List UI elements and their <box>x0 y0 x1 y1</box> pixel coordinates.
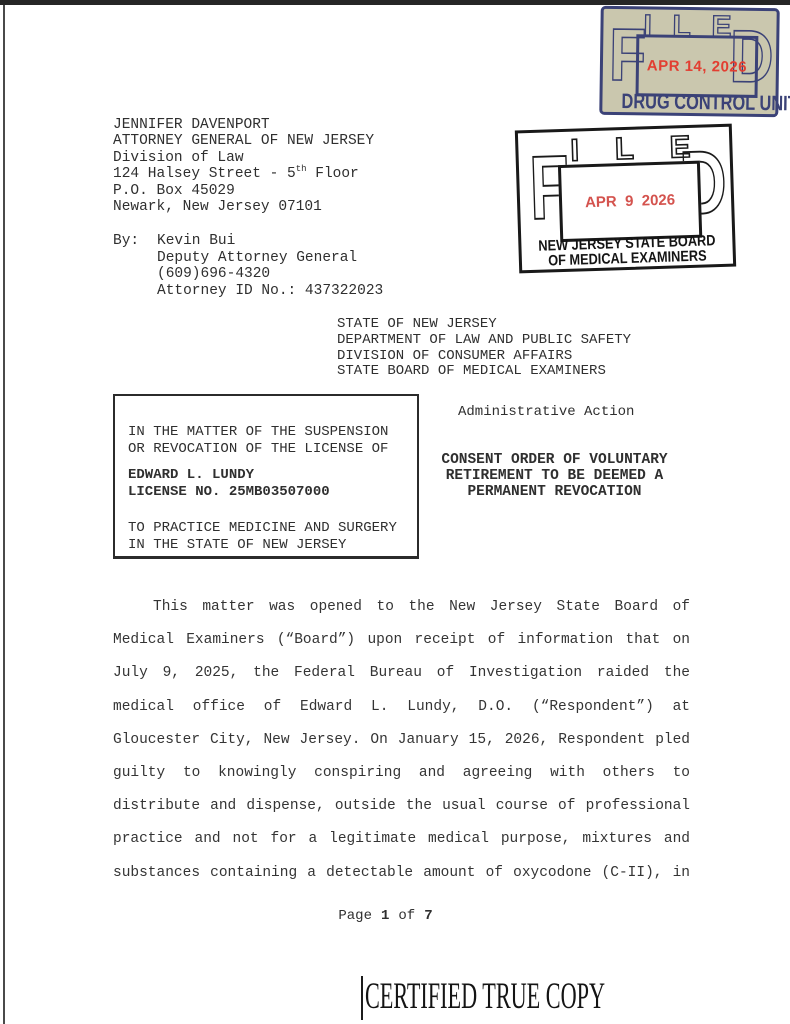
body-line: substances containing a detectable amoun… <box>113 857 690 890</box>
body-line: Gloucester City, New Jersey. On January … <box>113 724 690 757</box>
page-number: 1 <box>381 908 389 924</box>
body-line: medical office of Edward L. Lundy, D.O. … <box>113 691 690 724</box>
caption-practice-line1: TO PRACTICE MEDICINE AND SURGERY <box>128 520 407 537</box>
agency-heading: STATE OF NEW JERSEY DEPARTMENT OF LAW AN… <box>337 317 631 380</box>
street-address-pre: 124 Halsey Street - 5 <box>113 166 296 182</box>
division-line: Division of Law <box>113 150 374 166</box>
case-caption-box: IN THE MATTER OF THE SUSPENSION OR REVOC… <box>113 394 419 559</box>
caption-practice-line2: IN THE STATE OF NEW JERSEY <box>128 537 407 554</box>
license-number: LICENSE NO. 25MB03507000 <box>128 484 407 501</box>
stamp-date-box: APR 14, 2026 <box>636 34 759 98</box>
certified-true-copy-stamp: CERTIFIED TRUE COPY <box>361 976 765 1020</box>
order-title-line1: CONSENT ORDER OF VOLUNTARY <box>428 453 681 469</box>
administrative-action-label: Administrative Action <box>458 404 634 420</box>
order-title: CONSENT ORDER OF VOLUNTARY RETIREMENT TO… <box>428 453 681 500</box>
body-line: distribute and dispense, outside the usu… <box>113 790 690 823</box>
filed-stamp-drug-control-unit: F I L E D APR 14, 2026 DRUG CONTROL UNIT <box>599 6 780 117</box>
stamp-unit-name: DRUG CONTROL UNIT <box>621 91 756 114</box>
body-line: Medical Examiners (“Board”) upon receipt… <box>113 624 690 657</box>
agency-line-division: DIVISION OF CONSUMER AFFAIRS <box>337 349 631 365</box>
scanned-legal-document-page: F I L E D APR 14, 2026 DRUG CONTROL UNIT… <box>0 0 790 1024</box>
certified-true-copy-text: CERTIFIED TRUE COPY <box>365 976 605 1018</box>
by-counsel-block: By: Kevin Bui Deputy Attorney General (6… <box>113 233 383 299</box>
caption-matter-line1: IN THE MATTER OF THE SUSPENSION <box>128 424 407 441</box>
agency-line-board: STATE BOARD OF MEDICAL EXAMINERS <box>337 364 631 380</box>
filed-stamp-medical-examiners: F I L E D APR 9 2026 NEW JERSEY STATE BO… <box>515 124 736 274</box>
caption-respondent-group: EDWARD L. LUNDY LICENSE NO. 25MB03507000 <box>128 467 407 500</box>
of-label: of <box>398 908 415 924</box>
body-line: This matter was opened to the New Jersey… <box>113 591 690 624</box>
caption-matter-line2: OR REVOCATION OF THE LICENSE OF <box>128 441 407 458</box>
city-state-zip: Newark, New Jersey 07101 <box>113 199 374 215</box>
body-line: practice and not for a legitimate medica… <box>113 823 690 856</box>
filed-letter-i-icon: I <box>570 134 580 165</box>
filed-letter-l-icon: L <box>614 133 634 165</box>
body-line: July 9, 2025, the Federal Bureau of Inve… <box>113 657 690 690</box>
order-title-line2: RETIREMENT TO BE DEEMED A <box>428 469 681 485</box>
total-pages: 7 <box>424 908 432 924</box>
caption-matter-group: IN THE MATTER OF THE SUSPENSION OR REVOC… <box>128 424 407 457</box>
scan-top-edge <box>0 0 790 5</box>
attorney-general-name: JENNIFER DAVENPORT <box>113 117 374 133</box>
po-box-line: P.O. Box 45029 <box>113 183 374 199</box>
street-address-ordinal: th <box>296 164 307 174</box>
deputy-attorney-title: Deputy Attorney General <box>157 250 383 267</box>
street-address-post: Floor <box>307 166 359 182</box>
scan-left-edge <box>3 5 5 1024</box>
deputy-attorney-name: Kevin Bui <box>157 233 383 250</box>
phone-number: (609)696-4320 <box>157 266 383 283</box>
street-address: 124 Halsey Street - 5th Floor <box>113 166 374 182</box>
page-number-footer: Page1of7 <box>97 908 674 924</box>
page-label: Page <box>338 908 372 924</box>
respondent-name: EDWARD L. LUNDY <box>128 467 407 484</box>
by-counsel-details: Kevin Bui Deputy Attorney General (609)6… <box>157 233 383 299</box>
attorney-general-block: JENNIFER DAVENPORT ATTORNEY GENERAL OF N… <box>113 117 374 215</box>
order-title-line3: PERMANENT REVOCATION <box>428 485 681 501</box>
stamp-date: APR 9 2026 <box>585 191 676 211</box>
agency-line-department: DEPARTMENT OF LAW AND PUBLIC SAFETY <box>337 333 631 349</box>
stamp-date: APR 14, 2026 <box>647 57 747 75</box>
body-paragraph: This matter was opened to the New Jersey… <box>113 591 690 890</box>
agency-line-state: STATE OF NEW JERSEY <box>337 317 631 333</box>
stamp-org-name: NEW JERSEY STATE BOARD OF MEDICAL EXAMIN… <box>537 234 717 269</box>
attorney-general-title: ATTORNEY GENERAL OF NEW JERSEY <box>113 133 374 149</box>
body-line: guilty to knowingly conspiring and agree… <box>113 757 690 790</box>
by-label: By: <box>113 233 157 299</box>
stamp-org-line2: OF MEDICAL EXAMINERS <box>538 249 718 269</box>
caption-practice-group: TO PRACTICE MEDICINE AND SURGERY IN THE … <box>128 520 407 553</box>
stamp-date-box: APR 9 2026 <box>558 161 702 242</box>
attorney-id: Attorney ID No.: 437322023 <box>157 283 383 300</box>
